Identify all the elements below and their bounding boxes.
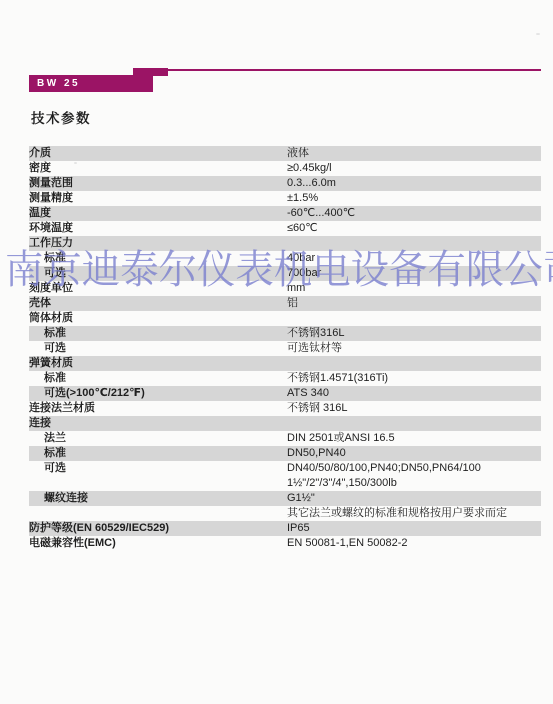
table-row: 刻度单位mm [29, 281, 541, 296]
row-label: 法兰 [29, 431, 287, 446]
row-label: 工作压力 [29, 236, 287, 251]
row-label: 温度 [29, 206, 287, 221]
row-value: ±1.5% [287, 191, 541, 206]
row-value: ≥0.45kg/l [287, 161, 541, 176]
row-value: ATS 340 [287, 386, 541, 401]
scanned-datasheet-page: { "page": { "model_label": "BW 25", "tit… [0, 0, 553, 704]
row-label [29, 476, 287, 491]
row-label: 连接 [29, 416, 287, 431]
row-label: 测量精度 [29, 191, 287, 206]
row-label: 介质 [29, 146, 287, 161]
row-value: G1½" [287, 491, 541, 506]
table-row: 防护等级(EN 60529/IEC529)IP65 [29, 521, 541, 536]
table-row: 温度-60℃...400℃ [29, 206, 541, 221]
row-label: 连接法兰材质 [29, 401, 287, 416]
row-value: 不锈钢 316L [287, 401, 541, 416]
table-row: 弹簧材质 [29, 356, 541, 371]
scan-speck [536, 33, 540, 35]
row-label: 螺纹连接 [29, 491, 287, 506]
table-row: 筒体材质 [29, 311, 541, 326]
table-row: 可选可选钛材等 [29, 341, 541, 356]
row-label: 标准 [29, 446, 287, 461]
row-label: 刻度单位 [29, 281, 287, 296]
row-label: 筒体材质 [29, 311, 287, 326]
row-value: 其它法兰或螺纹的标准和规格按用户要求而定 [287, 506, 541, 521]
table-row: 法兰DIN 2501或ANSI 16.5 [29, 431, 541, 446]
row-label [29, 506, 287, 521]
table-row: 标准不锈钢316L [29, 326, 541, 341]
table-row: 可选700bar [29, 266, 541, 281]
row-value [287, 311, 541, 326]
table-row: 密度≥0.45kg/l [29, 161, 541, 176]
row-value: 液体 [287, 146, 541, 161]
row-label: 标准 [29, 326, 287, 341]
table-row: 其它法兰或螺纹的标准和规格按用户要求而定 [29, 506, 541, 521]
row-value: 40bar [287, 251, 541, 266]
row-value: 不锈钢1.4571(316Ti) [287, 371, 541, 386]
row-value [287, 236, 541, 251]
row-value: DN40/50/80/100,PN40;DN50,PN64/100 [287, 461, 541, 476]
row-value: IP65 [287, 521, 541, 536]
table-row: 标准不锈钢1.4571(316Ti) [29, 371, 541, 386]
model-number-bar: BW 25 [29, 75, 153, 92]
row-value: 1½"/2"/3"/4",150/300lb [287, 476, 541, 491]
row-value: 700bar [287, 266, 541, 281]
row-label: 电磁兼容性(EMC) [29, 536, 287, 551]
row-label: 壳体 [29, 296, 287, 311]
row-label: 标准 [29, 371, 287, 386]
table-row: 电磁兼容性(EMC)EN 50081-1,EN 50082-2 [29, 536, 541, 551]
table-row: 连接法兰材质不锈钢 316L [29, 401, 541, 416]
row-value: 0.3...6.0m [287, 176, 541, 191]
table-row: 标准DN50,PN40 [29, 446, 541, 461]
row-value: DN50,PN40 [287, 446, 541, 461]
spec-table: 介质液体密度≥0.45kg/l测量范围0.3...6.0m测量精度±1.5%温度… [29, 146, 541, 551]
row-value: EN 50081-1,EN 50082-2 [287, 536, 541, 551]
row-label: 可选 [29, 341, 287, 356]
row-value [287, 356, 541, 371]
row-value: DIN 2501或ANSI 16.5 [287, 431, 541, 446]
row-label: 标准 [29, 251, 287, 266]
row-label: 防护等级(EN 60529/IEC529) [29, 521, 287, 536]
table-row: 测量范围0.3...6.0m [29, 176, 541, 191]
row-value [287, 416, 541, 431]
table-row: 介质液体 [29, 146, 541, 161]
header-rule-line [153, 69, 541, 71]
row-label: 可选 [29, 266, 287, 281]
row-label: 密度 [29, 161, 287, 176]
row-value: ≤60℃ [287, 221, 541, 236]
row-value: 可选钛材等 [287, 341, 541, 356]
page-title: 技术参数 [31, 107, 91, 127]
row-label: 可选(>100℃/212℉) [29, 386, 287, 401]
row-value: 铝 [287, 296, 541, 311]
table-row: 螺纹连接G1½" [29, 491, 541, 506]
row-label: 测量范围 [29, 176, 287, 191]
table-row: 可选(>100℃/212℉)ATS 340 [29, 386, 541, 401]
table-row: 壳体铝 [29, 296, 541, 311]
row-value: -60℃...400℃ [287, 206, 541, 221]
row-label: 弹簧材质 [29, 356, 287, 371]
table-row: 可选DN40/50/80/100,PN40;DN50,PN64/100 [29, 461, 541, 476]
table-row: 1½"/2"/3"/4",150/300lb [29, 476, 541, 491]
row-value: mm [287, 281, 541, 296]
scan-speck [74, 162, 77, 164]
row-label: 可选 [29, 461, 287, 476]
table-row: 标准40bar [29, 251, 541, 266]
table-row: 工作压力 [29, 236, 541, 251]
row-value: 不锈钢316L [287, 326, 541, 341]
table-row: 连接 [29, 416, 541, 431]
table-row: 测量精度±1.5% [29, 191, 541, 206]
row-label: 环境温度 [29, 221, 287, 236]
table-row: 环境温度≤60℃ [29, 221, 541, 236]
